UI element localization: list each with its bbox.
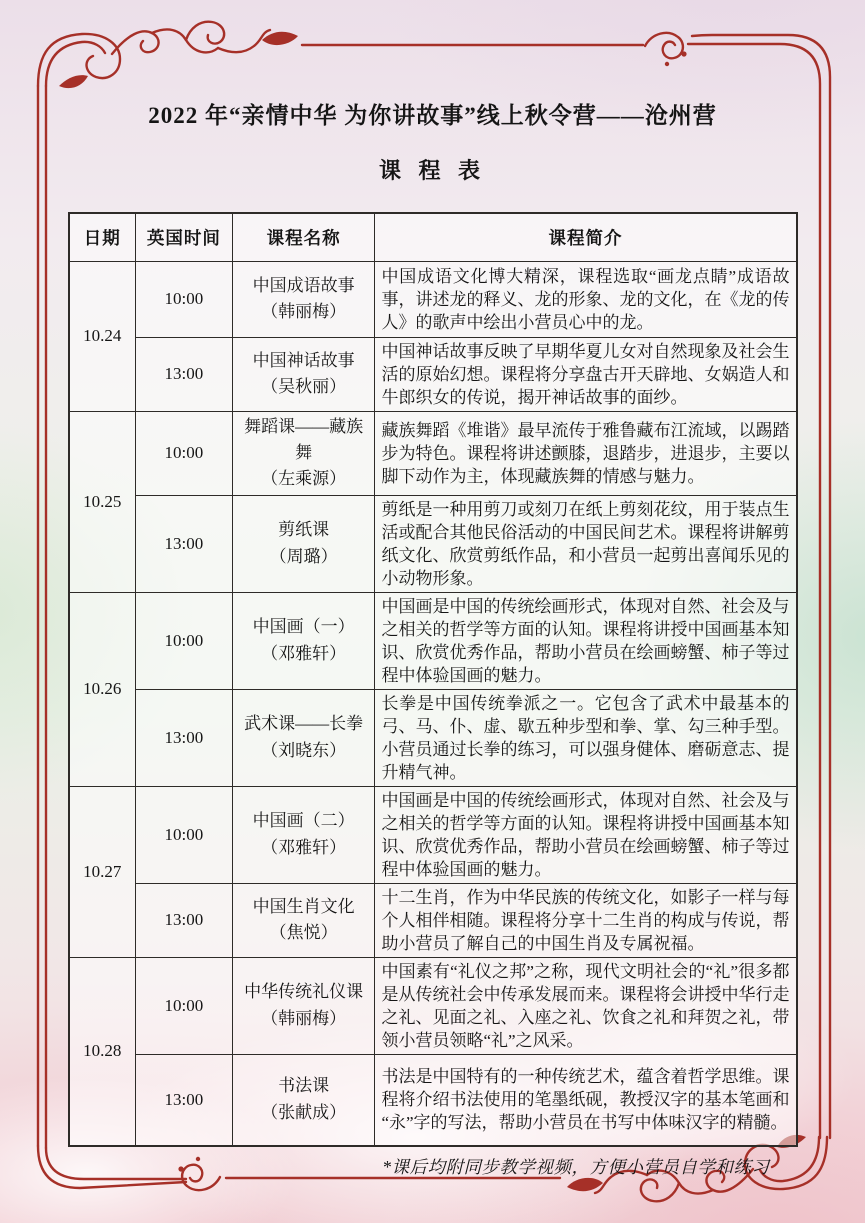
table-row: 10.26 10:00 中国画（一） （邓雅轩） 中国画是中国的传统绘画形式，体…	[69, 592, 797, 689]
table-row: 10.27 10:00 中国画（二） （邓雅轩） 中国画是中国的传统绘画形式，体…	[69, 786, 797, 883]
course-teacher: （韩丽梅）	[239, 299, 369, 325]
date-cell: 10.25	[69, 411, 136, 592]
date-cell: 10.27	[69, 786, 136, 957]
course-name-cell: 中国画（二） （邓雅轩）	[232, 786, 375, 883]
course-name-cell: 剪纸课 （周璐）	[232, 495, 375, 592]
time-cell: 10:00	[135, 786, 232, 883]
table-row: 10.24 10:00 中国成语故事 （韩丽梅） 中国成语文化博大精深，课程选取…	[69, 261, 797, 337]
time-cell: 10:00	[135, 261, 232, 337]
course-teacher: （左乘源）	[239, 466, 369, 492]
course-title: 中国生肖文化	[239, 894, 369, 920]
course-teacher: （邓雅轩）	[239, 641, 369, 667]
table-row: 13:00 剪纸课 （周璐） 剪纸是一种用剪刀或刻刀在纸上剪刻花纹，用于装点生活…	[69, 495, 797, 592]
time-cell: 13:00	[135, 495, 232, 592]
course-name-cell: 中国神话故事 （吴秋丽）	[232, 337, 375, 411]
header-course-name: 课程名称	[232, 213, 375, 261]
table-row: 13:00 书法课 （张献成） 书法是中国特有的一种传统艺术，蕴含着哲学思维。课…	[69, 1054, 797, 1146]
document-page: 2022 年“亲情中华 为你讲故事”线上秋令营——沧州营 课 程 表 日期 英国…	[0, 0, 865, 1223]
course-name-cell: 舞蹈课——藏族舞 （左乘源）	[232, 411, 375, 495]
time-cell: 10:00	[135, 592, 232, 689]
page-title: 2022 年“亲情中华 为你讲故事”线上秋令营——沧州营	[0, 97, 865, 130]
course-title: 中国神话故事	[239, 348, 369, 374]
course-teacher: （张献成）	[239, 1100, 369, 1126]
course-title: 武术课——长拳	[239, 711, 369, 737]
course-teacher: （周璐）	[239, 544, 369, 570]
course-name-cell: 武术课——长拳 （刘晓东）	[232, 689, 375, 786]
course-teacher: （韩丽梅）	[239, 1006, 369, 1032]
date-cell: 10.24	[69, 261, 136, 411]
course-title: 剪纸课	[239, 517, 369, 543]
table-row: 10.25 10:00 舞蹈课——藏族舞 （左乘源） 藏族舞蹈《堆谐》最早流传于…	[69, 411, 797, 495]
time-cell: 10:00	[135, 411, 232, 495]
course-name-cell: 书法课 （张献成）	[232, 1054, 375, 1146]
document-content: 2022 年“亲情中华 为你讲故事”线上秋令营——沧州营 课 程 表 日期 英国…	[0, 0, 865, 1179]
course-desc-cell: 中国画是中国的传统绘画形式，体现对自然、社会及与之相关的哲学等方面的认知。课程将…	[375, 786, 797, 883]
course-desc-cell: 藏族舞蹈《堆谐》最早流传于雅鲁藏布江流域，以踢踏步为特色。课程将讲述颤膝，退踏步…	[375, 411, 797, 495]
table-row: 13:00 中国神话故事 （吴秋丽） 中国神话故事反映了早期华夏儿女对自然现象及…	[69, 337, 797, 411]
course-teacher: （刘晓东）	[239, 738, 369, 764]
time-cell: 13:00	[135, 337, 232, 411]
time-cell: 13:00	[135, 883, 232, 957]
course-name-cell: 中国画（一） （邓雅轩）	[232, 592, 375, 689]
table-header-row: 日期 英国时间 课程名称 课程简介	[69, 213, 797, 261]
course-name-cell: 中华传统礼仪课 （韩丽梅）	[232, 957, 375, 1054]
course-teacher: （邓雅轩）	[239, 835, 369, 861]
course-desc-cell: 长拳是中国传统拳派之一。它包含了武术中最基本的弓、马、仆、虚、歇五种步型和拳、掌…	[375, 689, 797, 786]
course-title: 中国成语故事	[239, 273, 369, 299]
course-title: 中国画（二）	[239, 808, 369, 834]
date-cell: 10.28	[69, 957, 136, 1146]
table-row: 13:00 武术课——长拳 （刘晓东） 长拳是中国传统拳派之一。它包含了武术中最…	[69, 689, 797, 786]
course-title: 舞蹈课——藏族舞	[239, 414, 369, 467]
header-uk-time: 英国时间	[135, 213, 232, 261]
time-cell: 13:00	[135, 689, 232, 786]
footnote: *课后均附同步教学视频，方便小营员自学和练习	[68, 1154, 798, 1179]
course-desc-cell: 剪纸是一种用剪刀或刻刀在纸上剪刻花纹，用于装点生活或配合其他民俗活动的中国民间艺…	[375, 495, 797, 592]
date-cell: 10.26	[69, 592, 136, 786]
course-schedule-table: 日期 英国时间 课程名称 课程简介 10.24 10:00 中国成语故事 （韩丽…	[68, 212, 798, 1147]
course-desc-cell: 书法是中国特有的一种传统艺术，蕴含着哲学思维。课程将介绍书法使用的笔墨纸砚，教授…	[375, 1054, 797, 1146]
course-teacher: （焦悦）	[239, 920, 369, 946]
time-cell: 10:00	[135, 957, 232, 1054]
course-title: 中华传统礼仪课	[239, 979, 369, 1005]
table-row: 13:00 中国生肖文化 （焦悦） 十二生肖，作为中华民族的传统文化，如影子一样…	[69, 883, 797, 957]
course-title: 书法课	[239, 1073, 369, 1099]
course-desc-cell: 中国画是中国的传统绘画形式，体现对自然、社会及与之相关的哲学等方面的认知。课程将…	[375, 592, 797, 689]
time-cell: 13:00	[135, 1054, 232, 1146]
course-name-cell: 中国成语故事 （韩丽梅）	[232, 261, 375, 337]
course-teacher: （吴秋丽）	[239, 374, 369, 400]
course-desc-cell: 十二生肖，作为中华民族的传统文化，如影子一样与每个人相伴相随。课程将分享十二生肖…	[375, 883, 797, 957]
header-date: 日期	[69, 213, 136, 261]
course-name-cell: 中国生肖文化 （焦悦）	[232, 883, 375, 957]
course-desc-cell: 中国成语文化博大精深，课程选取“画龙点睛”成语故事，讲述龙的释义、龙的形象、龙的…	[375, 261, 797, 337]
table-row: 10.28 10:00 中华传统礼仪课 （韩丽梅） 中国素有“礼仪之邦”之称，现…	[69, 957, 797, 1054]
course-title: 中国画（一）	[239, 614, 369, 640]
course-desc-cell: 中国素有“礼仪之邦”之称，现代文明社会的“礼”很多都是从传统社会中传承发展而来。…	[375, 957, 797, 1054]
page-subtitle: 课 程 表	[0, 154, 865, 185]
course-desc-cell: 中国神话故事反映了早期华夏儿女对自然现象及社会生活的原始幻想。课程将分享盘古开天…	[375, 337, 797, 411]
header-course-intro: 课程简介	[375, 213, 797, 261]
